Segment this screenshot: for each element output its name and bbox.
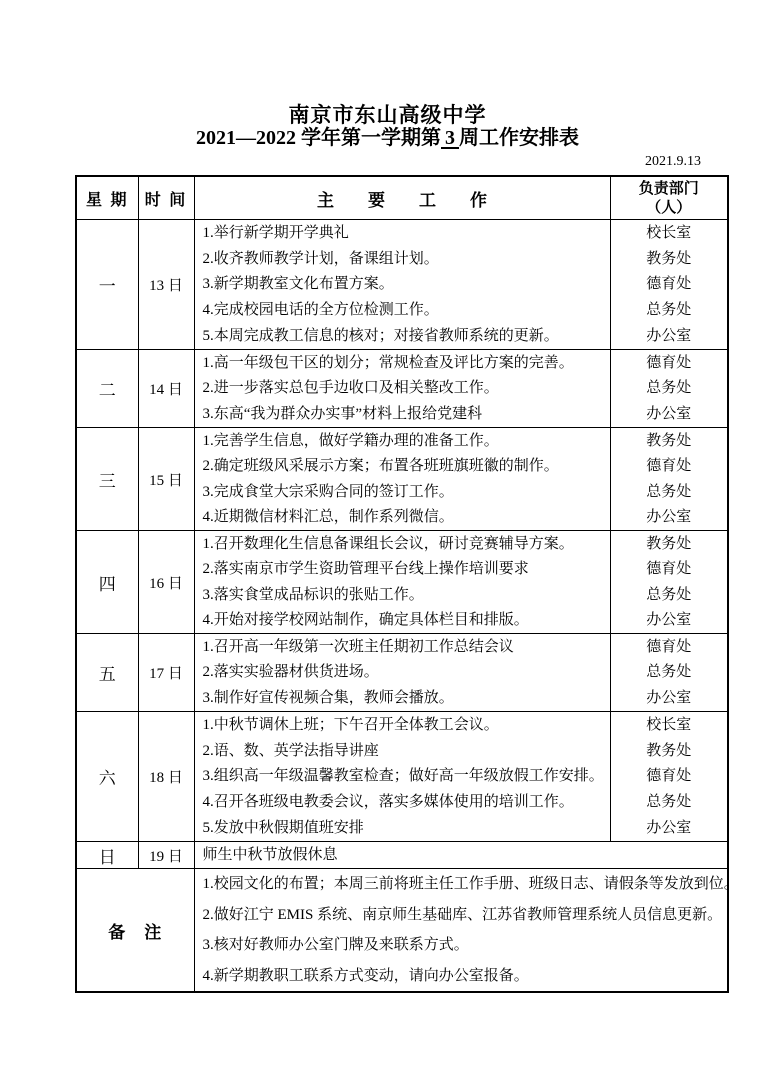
work-cell: 1.举行新学期开学典礼 2.收齐教师教学计划，备课组计划。 3.新学期教室文化布… xyxy=(194,220,610,350)
dept-name: 德育处 xyxy=(646,457,691,475)
work-item: 3.完成食堂大宗采购合同的签订工作。 xyxy=(203,483,610,501)
schedule-title-suffix: 周工作安排表 xyxy=(459,127,579,149)
dept-cell: 校长室 教务处 德育处 总务处 办公室 xyxy=(610,220,728,350)
dept-name: 办公室 xyxy=(646,405,691,423)
schedule-table: 星 期 时 间 主 要 工 作 负责部门 （人） 一 13 日 1.举行新学期开… xyxy=(75,175,729,993)
day-cell: 日 xyxy=(76,842,138,869)
time-cell: 16 日 xyxy=(138,531,194,634)
dept-name: 总务处 xyxy=(646,379,691,397)
dept-cell: 教务处 德育处 总务处 办公室 xyxy=(610,531,728,634)
dept-name: 教务处 xyxy=(646,535,691,553)
date-label: 2021.9.13 xyxy=(75,154,727,173)
time-cell: 13 日 xyxy=(138,220,194,350)
dept-name: 总务处 xyxy=(646,301,691,319)
dept-name: 德育处 xyxy=(646,767,691,785)
dept-name: 校长室 xyxy=(646,716,691,734)
notes-cell: 1.校园文化的布置；本周三前将班主任工作手册、班级日志、请假条等发放到位。 2.… xyxy=(194,869,728,993)
dept-name: 总务处 xyxy=(646,663,691,681)
time-cell: 15 日 xyxy=(138,428,194,531)
day-cell: 五 xyxy=(76,634,138,712)
work-item: 1.召开高一年级第一次班主任期初工作总结会议 xyxy=(203,638,610,656)
work-item: 5.发放中秋假期值班安排 xyxy=(203,819,610,837)
dept-cell: 教务处 德育处 总务处 办公室 xyxy=(610,428,728,531)
dept-name: 办公室 xyxy=(646,508,691,526)
school-title: 南京市东山高级中学 xyxy=(0,104,775,127)
work-item: 2.收齐教师教学计划，备课组计划。 xyxy=(203,250,610,268)
week-number: 3 xyxy=(441,129,459,149)
day-cell: 六 xyxy=(76,712,138,842)
day-cell: 四 xyxy=(76,531,138,634)
day-cell: 三 xyxy=(76,428,138,531)
header-day: 星 期 xyxy=(76,176,138,220)
dept-name: 教务处 xyxy=(646,250,691,268)
dept-name: 办公室 xyxy=(646,327,691,345)
table-header-row: 星 期 时 间 主 要 工 作 负责部门 （人） xyxy=(76,176,728,220)
dept-cell: 德育处 总务处 办公室 xyxy=(610,350,728,428)
table-row-saturday: 六 18 日 1.中秋节调休上班；下午召开全体教工会议。 2.语、数、英学法指导… xyxy=(76,712,728,842)
work-item: 2.进一步落实总包手边收口及相关整改工作。 xyxy=(203,379,610,397)
dept-name: 校长室 xyxy=(646,224,691,242)
table-row-friday: 五 17 日 1.召开高一年级第一次班主任期初工作总结会议 2.落实实验器材供货… xyxy=(76,634,728,712)
header-work: 主 要 工 作 xyxy=(194,176,610,220)
work-item: 3.制作好宣传视频合集，教师会播放。 xyxy=(203,689,610,707)
table-row-tuesday: 二 14 日 1.高一年级包干区的划分；常规检查及评比方案的完善。 2.进一步落… xyxy=(76,350,728,428)
day-cell: 一 xyxy=(76,220,138,350)
time-cell: 17 日 xyxy=(138,634,194,712)
work-item: 1.举行新学期开学典礼 xyxy=(203,224,610,242)
work-item: 3.新学期教室文化布置方案。 xyxy=(203,275,610,293)
work-item: 2.落实南京市学生资助管理平台线上操作培训要求 xyxy=(203,560,610,578)
work-item: 1.中秋节调休上班；下午召开全体教工会议。 xyxy=(203,716,610,734)
notes-label: 备 注 xyxy=(76,869,194,993)
schedule-title-prefix: 2021—2022 学年第一学期第 xyxy=(196,127,441,149)
dept-name: 办公室 xyxy=(646,819,691,837)
note-item: 2.做好江宁 EMIS 系统、南京师生基础库、江苏省教师管理系统人员信息更新。 xyxy=(203,906,728,924)
dept-name: 德育处 xyxy=(646,354,691,372)
work-item: 4.开始对接学校网站制作，确定具体栏目和排版。 xyxy=(203,611,610,629)
header-dept-line2: （人） xyxy=(611,198,728,217)
table-row-wednesday: 三 15 日 1.完善学生信息，做好学籍办理的准备工作。 2.确定班级风采展示方… xyxy=(76,428,728,531)
dept-cell: 德育处 总务处 办公室 xyxy=(610,634,728,712)
work-item: 3.组织高一年级温馨教室检查；做好高一年级放假工作安排。 xyxy=(203,767,610,785)
work-cell: 1.召开高一年级第一次班主任期初工作总结会议 2.落实实验器材供货进场。 3.制… xyxy=(194,634,610,712)
dept-name: 办公室 xyxy=(646,611,691,629)
dept-name: 德育处 xyxy=(646,638,691,656)
work-item: 4.近期微信材料汇总，制作系列微信。 xyxy=(203,508,610,526)
header-dept: 负责部门 （人） xyxy=(610,176,728,220)
header-time: 时 间 xyxy=(138,176,194,220)
work-cell: 1.高一年级包干区的划分；常规检查及评比方案的完善。 2.进一步落实总包手边收口… xyxy=(194,350,610,428)
dept-name: 总务处 xyxy=(646,586,691,604)
work-cell: 1.召开数理化生信息备课组长会议，研讨竞赛辅导方案。 2.落实南京市学生资助管理… xyxy=(194,531,610,634)
work-item: 1.召开数理化生信息备课组长会议，研讨竞赛辅导方案。 xyxy=(203,535,610,553)
schedule-title: 2021—2022 学年第一学期第3周工作安排表 xyxy=(0,127,775,150)
work-item: 2.确定班级风采展示方案；布置各班班旗班徽的制作。 xyxy=(203,457,610,475)
document-page: 南京市东山高级中学 2021—2022 学年第一学期第3周工作安排表 2021.… xyxy=(0,0,775,1075)
note-item: 4.新学期教职工联系方式变动，请向办公室报备。 xyxy=(203,967,728,985)
day-cell: 二 xyxy=(76,350,138,428)
table-row-monday: 一 13 日 1.举行新学期开学典礼 2.收齐教师教学计划，备课组计划。 3.新… xyxy=(76,220,728,350)
time-cell: 18 日 xyxy=(138,712,194,842)
work-item: 5.本周完成教工信息的核对；对接省教师系统的更新。 xyxy=(203,327,610,345)
sunday-note-cell: 师生中秋节放假休息 xyxy=(194,842,728,869)
sunday-note: 师生中秋节放假休息 xyxy=(195,846,728,864)
dept-name: 教务处 xyxy=(646,742,691,760)
dept-name: 教务处 xyxy=(646,432,691,450)
work-cell: 1.完善学生信息，做好学籍办理的准备工作。 2.确定班级风采展示方案；布置各班班… xyxy=(194,428,610,531)
work-item: 3.落实食堂成品标识的张贴工作。 xyxy=(203,586,610,604)
work-item: 2.语、数、英学法指导讲座 xyxy=(203,742,610,760)
work-item: 1.高一年级包干区的划分；常规检查及评比方案的完善。 xyxy=(203,354,610,372)
note-item: 1.校园文化的布置；本周三前将班主任工作手册、班级日志、请假条等发放到位。 xyxy=(203,875,728,893)
work-item: 4.召开各班级电教委会议，落实多媒体使用的培训工作。 xyxy=(203,793,610,811)
table-row-notes: 备 注 1.校园文化的布置；本周三前将班主任工作手册、班级日志、请假条等发放到位… xyxy=(76,869,728,993)
document-header: 南京市东山高级中学 2021—2022 学年第一学期第3周工作安排表 xyxy=(0,0,775,150)
work-item: 4.完成校园电话的全方位检测工作。 xyxy=(203,301,610,319)
table-row-sunday: 日 19 日 师生中秋节放假休息 xyxy=(76,842,728,869)
dept-cell: 校长室 教务处 德育处 总务处 办公室 xyxy=(610,712,728,842)
dept-name: 总务处 xyxy=(646,793,691,811)
work-item: 2.落实实验器材供货进场。 xyxy=(203,663,610,681)
time-cell: 19 日 xyxy=(138,842,194,869)
work-item: 3.东高“我为群众办实事”材料上报给党建科 xyxy=(203,405,610,423)
header-dept-line1: 负责部门 xyxy=(611,179,728,198)
dept-name: 德育处 xyxy=(646,275,691,293)
note-item: 3.核对好教师办公室门牌及来联系方式。 xyxy=(203,936,728,954)
dept-name: 办公室 xyxy=(646,689,691,707)
dept-name: 总务处 xyxy=(646,483,691,501)
table-row-thursday: 四 16 日 1.召开数理化生信息备课组长会议，研讨竞赛辅导方案。 2.落实南京… xyxy=(76,531,728,634)
time-cell: 14 日 xyxy=(138,350,194,428)
dept-name: 德育处 xyxy=(646,560,691,578)
work-cell: 1.中秋节调休上班；下午召开全体教工会议。 2.语、数、英学法指导讲座 3.组织… xyxy=(194,712,610,842)
work-item: 1.完善学生信息，做好学籍办理的准备工作。 xyxy=(203,432,610,450)
